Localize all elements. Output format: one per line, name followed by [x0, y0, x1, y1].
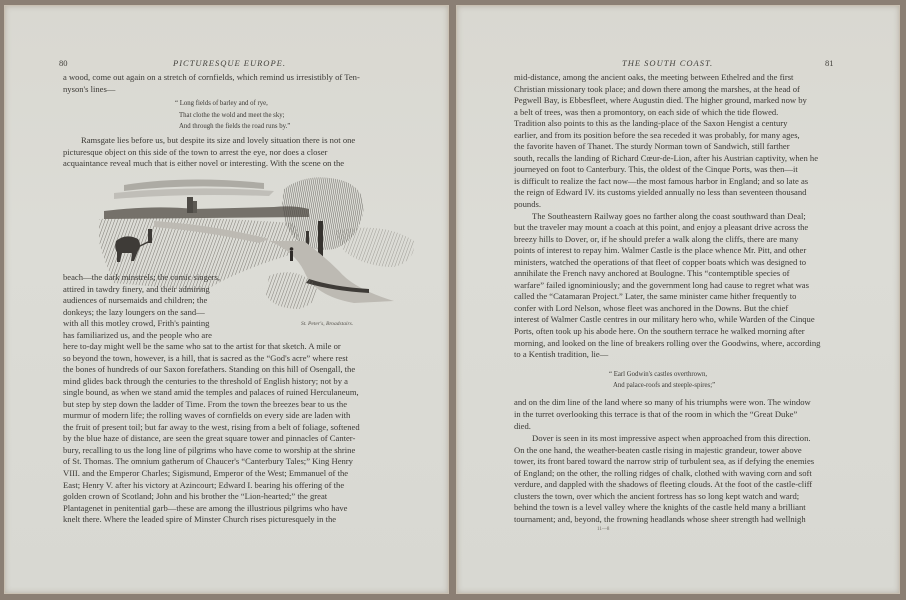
text-line: The Southeastern Railway goes no farther… [514, 211, 824, 223]
text-line: died. [514, 421, 824, 433]
text-line: tournament; and, beyond, the frowning he… [514, 514, 824, 526]
text-line: East; Henry V. after his victory at Azin… [63, 480, 392, 492]
text-line: to a Kentish tradition, lie— [514, 349, 824, 361]
text-line: behind the town is a level valley where … [514, 502, 824, 514]
text-line: morning, and looked on the line of break… [514, 338, 824, 350]
poem-line: And palace-roofs and steeple-spires;” [609, 380, 824, 391]
text-line: mid-distance, among the ancient oaks, th… [514, 72, 824, 84]
running-head: THE SOUTH COAST. [622, 58, 713, 68]
poem-line: And through the fields the road runs by.… [175, 121, 392, 132]
right-text: mid-distance, among the ancient oaks, th… [514, 72, 824, 526]
left-text-bottom: here to-day might well be the same who s… [63, 341, 392, 526]
text-line: journeyed on foot to Canterbury. This, t… [514, 164, 824, 176]
text-line: beach—the dark minstrels; the comic sing… [63, 272, 253, 284]
signature-mark: 11—8 [597, 527, 609, 532]
poem-quote: “ Earl Godwin's castles overthrown, And … [609, 369, 824, 392]
text-line: the favorite haven of Thanet. The sturdy… [514, 141, 824, 153]
text-line: audiences of nursemaids and children; th… [63, 295, 253, 307]
text-line: Ports, often took up his abode here. On … [514, 326, 824, 338]
text-line: knelt there. Where the leaded spire of M… [63, 514, 392, 526]
text-line: earlier, and from its position before th… [514, 130, 824, 142]
poem-line: That clothe the wold and meet the sky; [175, 110, 392, 121]
text-line: south, recalls the landing of Richard Cœ… [514, 153, 824, 165]
text-line: with all this motley crowd, Frith's pain… [63, 318, 253, 330]
text-line: a wood, come out again on a stretch of c… [63, 72, 392, 84]
text-line: golden crown of Scotland; John and his b… [63, 491, 392, 503]
text-line: bury, recalling to us the long line of p… [63, 445, 392, 457]
text-line: the bones of hundreds of our Saxon foref… [63, 364, 392, 376]
text-line: and on the dim line of the land where so… [514, 397, 824, 409]
poem-line: “ Long fields of barley and of rye, [175, 98, 392, 109]
running-head: PICTURESQUE EUROPE. [173, 58, 286, 68]
text-line: is difficult to realize the fact now—the… [514, 176, 824, 188]
text-line: single bound, as when we stand amid the … [63, 387, 392, 399]
page-number: 81 [825, 58, 834, 68]
text-line: in the turret overlooking this terrace i… [514, 409, 824, 421]
text-line: has familiarized us, and the people who … [63, 330, 253, 342]
text-line: here to-day might well be the same who s… [63, 341, 392, 353]
text-line: pounds. [514, 199, 824, 211]
text-line: mind glides back through the centuries t… [63, 376, 392, 388]
text-line: interest of Walmer Castle centres in our… [514, 314, 824, 326]
text-line: so beyond the town, however, is a hill, … [63, 353, 392, 365]
text-line: the reign of Edward IV. its customs yiel… [514, 187, 824, 199]
right-page: THE SOUTH COAST. 81 mid-distance, among … [456, 5, 900, 594]
text-line: warfare” failed ignominiously; and the g… [514, 280, 824, 292]
text-line: annihilate the French navy anchored at B… [514, 268, 824, 280]
text-line: a belt of trees, was then a promontory, … [514, 107, 824, 119]
text-line: breezy hills to Dover, or, if he should … [514, 234, 824, 246]
left-text-top: a wood, come out again on a stretch of c… [63, 72, 392, 170]
poem-quote: “ Long fields of barley and of rye, That… [175, 98, 392, 132]
text-line: Christian missionary took place; and dow… [514, 84, 824, 96]
text-line: by the blue haze of distance, are seen t… [63, 433, 392, 445]
text-line: of England; on the other, the rolling ri… [514, 468, 824, 480]
text-line: VIII. and the Emperor Charles; Sigismund… [63, 468, 392, 480]
text-line: the fruit of present toil; but far away … [63, 422, 392, 434]
text-line: acquaintance reveal much that is either … [63, 158, 392, 170]
text-line: attired in tawdry finery, and their admi… [63, 284, 253, 296]
text-line: points of interest to repay him. Walmer … [514, 245, 824, 257]
text-line: Dover is seen in its most impressive asp… [514, 433, 824, 445]
text-line: but step by step down the ladder of Time… [63, 399, 392, 411]
text-line: nyson's lines— [63, 84, 392, 96]
text-line: donkeys; the lazy loungers on the sand— [63, 307, 253, 319]
text-line: Plantagenet in penitential garb—these ar… [63, 503, 392, 515]
left-text-wrapped: beach—the dark minstrels; the comic sing… [63, 272, 253, 341]
text-line: clusters the town, over which the ancien… [514, 491, 824, 503]
text-line: called the “Catamaran Project.” Later, t… [514, 291, 824, 303]
text-line: confer with Lord Nelson, whose fleet was… [514, 303, 824, 315]
text-line: Tradition also points to this as the lan… [514, 118, 824, 130]
text-line: On the one hand, the weather-beaten cast… [514, 445, 824, 457]
text-line: Pegwell Bay, is Ebbesfleet, where August… [514, 95, 824, 107]
text-line: verdure, and dappled with the shadows of… [514, 479, 824, 491]
left-page: 80 PICTURESQUE EUROPE. a wood, come out … [4, 5, 449, 594]
page-number: 80 [59, 58, 68, 68]
text-line: of St. Thomas. The omnium gatherum of Ch… [63, 456, 392, 468]
poem-line: “ Earl Godwin's castles overthrown, [609, 369, 824, 380]
text-line: but the traveler may mount a coach at th… [514, 222, 824, 234]
text-line: tower, its front bared toward the narrow… [514, 456, 824, 468]
text-line: murmur of modern life; the rolling waves… [63, 410, 392, 422]
illustration-caption: St. Peter's, Broadstairs. [301, 321, 353, 327]
text-line: ministers, watched the operations of tha… [514, 257, 824, 269]
text-line: picturesque object on this side of the t… [63, 147, 392, 159]
text-line: Ramsgate lies before us, but despite its… [63, 135, 392, 147]
